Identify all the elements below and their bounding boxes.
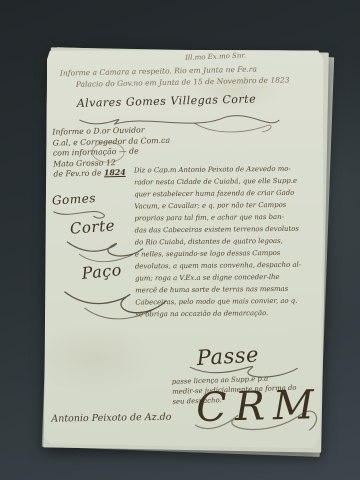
signature-corte-row: Corte xyxy=(222,92,256,106)
decision-word: Passe xyxy=(196,341,260,371)
signature-paco: Paço xyxy=(81,260,123,284)
salutation: Ill.mo Ex.mo Snr. xyxy=(185,51,246,62)
marginal-date-prefix: de Fev.ro de xyxy=(53,168,104,178)
signature-gomes: Gomes xyxy=(52,191,97,209)
photo-background: Ill.mo Ex.mo Snr. Informe a Camara a res… xyxy=(0,0,360,480)
marginal-year: 1824 xyxy=(104,168,126,178)
docket-line-2: Palacio do Gov.no em Junta de 15 de Nove… xyxy=(76,75,290,89)
signature-alvares: Alvares xyxy=(77,96,122,110)
petition-body: Diz o Cap.m Antonio Peixoto de Azevedo m… xyxy=(134,163,302,321)
signature-villegas: Villegas xyxy=(170,93,218,107)
signature-corte: Corte xyxy=(69,216,115,238)
petitioner-signature: Antonio Peixoto de Az.do xyxy=(51,412,171,426)
rubric-monogram: CRM xyxy=(196,380,323,433)
body-line: se obriga na occazião da demarcação. xyxy=(135,307,301,321)
body-line: Cabeceiras, pelo modo que mais convier, … xyxy=(135,295,301,309)
council-signatures-row: Alvares Gomes Villegas Corte xyxy=(77,92,257,110)
manuscript-page: Ill.mo Ex.mo Snr. Informe a Camara a res… xyxy=(43,48,325,449)
signature-gomes-row: Gomes xyxy=(126,95,167,109)
